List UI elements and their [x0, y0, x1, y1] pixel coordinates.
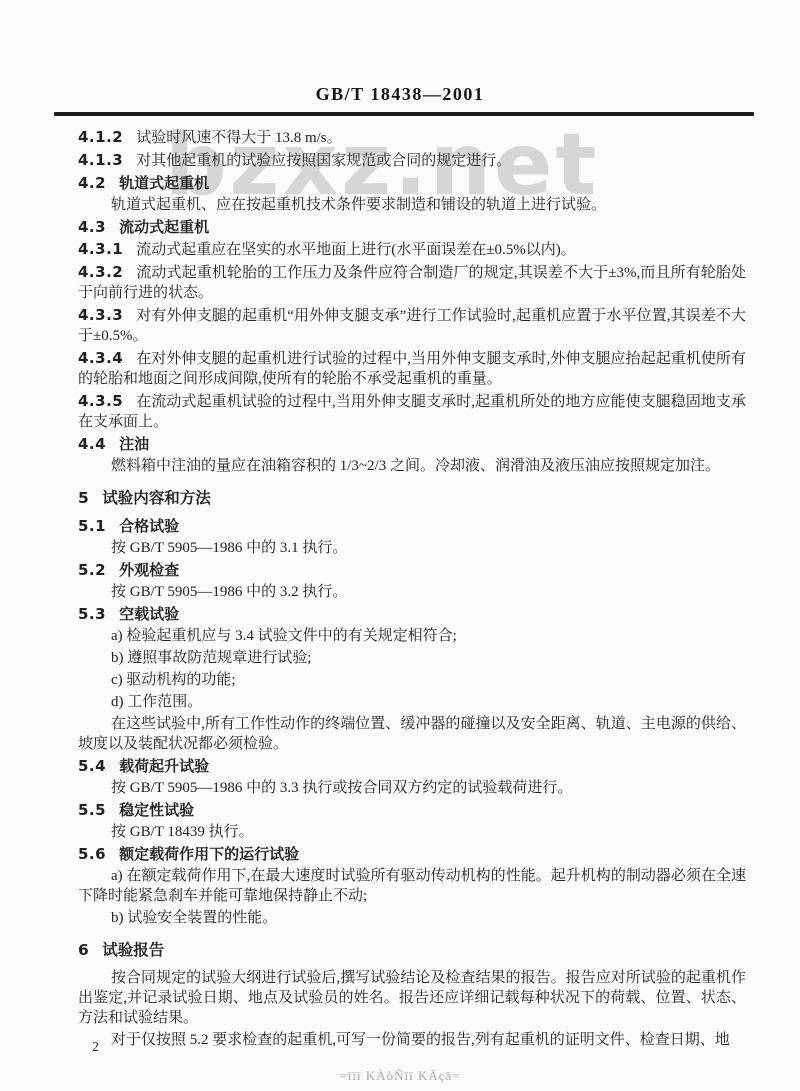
clause-number: 5.6: [78, 845, 106, 863]
clause-number: 4.2: [78, 174, 106, 192]
clause-text: 轨道式起重机、应在按起重机技术条件要求制造和铺设的轨道上进行试验。: [111, 197, 606, 213]
clause-text: 试验时风速不得大于 13.8 m/s。: [136, 130, 341, 146]
clause-number: 5.1: [78, 517, 106, 535]
clause-text: 对其他起重机的试验应按照国家规范或合同的规定进行。: [136, 153, 511, 169]
clause-number: 6: [78, 941, 89, 959]
clause-number: 4.3: [78, 218, 106, 236]
clause-title: 稳定性试验: [119, 801, 194, 819]
text-block: a) 在额定载荷作用下,在最大速度时试验所有驱动传动机构的性能。起升机构的制动器…: [78, 866, 746, 906]
clause-title: 试验内容和方法: [102, 489, 211, 507]
text-block: 4.3.2流动式起重机轮胎的工作压力及条件应符合制造厂的规定,其误差不大于±3%…: [78, 262, 746, 303]
text-block: 按合同规定的试验大纲进行试验后,撰写试验结论及检查结果的报告。报告应对所试验的起…: [78, 968, 746, 1028]
clause-number: 4.3.2: [78, 263, 123, 281]
text-block: b) 试验安全装置的性能。: [78, 908, 746, 928]
text-block: 轨道式起重机、应在按起重机技术条件要求制造和铺设的轨道上进行试验。: [78, 195, 746, 215]
text-block: c) 驱动机构的功能;: [78, 670, 746, 690]
clause-title: 合格试验: [119, 517, 179, 535]
clause-number: 4.3.5: [78, 392, 123, 410]
scanned-document-page: GB/T 18438—2001 bzxz.net 4.1.2试验时风速不得大于 …: [0, 0, 800, 1091]
clause-number: 4.3.3: [78, 306, 123, 324]
text-block: 按 GB/T 5905—1986 中的 3.3 执行或按合同双方约定的试验载荷进…: [78, 778, 746, 798]
clause-title: 试验报告: [102, 941, 164, 959]
clause-title: 流动式起重机: [119, 218, 209, 236]
clause-text: b) 遵照事故防范规章进行试验;: [111, 650, 311, 666]
clause-text: a) 检验起重机应与 3.4 试验文件中的有关规定相符合;: [111, 628, 457, 644]
standard-code-header: GB/T 18438—2001: [0, 84, 800, 105]
clause-text: 流动式起重机轮胎的工作压力及条件应符合制造厂的规定,其误差不大于±3%,而且所有…: [78, 265, 746, 301]
text-block: 在这些试验中,所有工作性动作的终端位置、缓冲器的碰撞以及安全距离、轨道、主电源的…: [78, 714, 746, 754]
clause-number: 5.5: [78, 801, 106, 819]
text-block: 4.3.1流动式起重应在坚实的水平地面上进行(水平面误差在±0.5%以内)。: [78, 239, 746, 260]
text-block: b) 遵照事故防范规章进行试验;: [78, 648, 746, 668]
text-block: 4.3.5在流动式起重机试验的过程中,当用外伸支腿支承时,起重机所处的地方应能使…: [78, 391, 746, 432]
section-heading: 4.4注油: [78, 434, 746, 454]
clause-number: 5.4: [78, 757, 106, 775]
clause-text: 按 GB/T 5905—1986 中的 3.3 执行或按合同双方约定的试验载荷进…: [111, 780, 572, 796]
text-block: 按 GB/T 5905—1986 中的 3.1 执行。: [78, 538, 746, 558]
page-number: 2: [92, 1040, 99, 1056]
clause-number: 5.3: [78, 605, 106, 623]
section-heading: 6试验报告: [78, 940, 746, 960]
text-block: 4.1.3对其他起重机的试验应按照国家规范或合同的规定进行。: [78, 150, 746, 171]
text-block: 4.3.3对有外伸支腿的起重机“用外伸支腿支承”进行工作试验时,起重机应置于水平…: [78, 305, 746, 346]
clause-text: 按 GB/T 5905—1986 中的 3.1 执行。: [111, 540, 347, 556]
clause-text: 按 GB/T 5905—1986 中的 3.2 执行。: [111, 584, 347, 600]
clause-title: 额定载荷作用下的运行试验: [119, 845, 299, 863]
clause-number: 4.3.1: [78, 240, 123, 258]
document-body: 4.1.2试验时风速不得大于 13.8 m/s。4.1.3对其他起重机的试验应按…: [78, 127, 746, 1052]
clause-title: 外观检查: [119, 561, 179, 579]
clause-text: 按 GB/T 18439 执行。: [111, 824, 254, 840]
clause-text: 对于仅按照 5.2 要求检查的起重机,可写一份简要的报告,列有起重机的证明文件、…: [111, 1032, 730, 1048]
clause-number: 4.1.3: [78, 151, 123, 169]
clause-text: 在这些试验中,所有工作性动作的终端位置、缓冲器的碰撞以及安全距离、轨道、主电源的…: [78, 716, 746, 752]
clause-text: 按合同规定的试验大纲进行试验后,撰写试验结论及检查结果的报告。报告应对所试验的起…: [78, 970, 746, 1026]
section-heading: 5.5稳定性试验: [78, 800, 746, 820]
clause-title: 轨道式起重机: [119, 174, 209, 192]
section-heading: 4.2轨道式起重机: [78, 173, 746, 193]
clause-number: 4.3.4: [78, 349, 123, 367]
text-block: 4.3.4在对外伸支腿的起重机进行试验的过程中,当用外伸支腿支承时,外伸支腿应抬…: [78, 348, 746, 389]
section-heading: 5.2外观检查: [78, 560, 746, 580]
section-heading: 5.6额定载荷作用下的运行试验: [78, 844, 746, 864]
clause-text: a) 在额定载荷作用下,在最大速度时试验所有驱动传动机构的性能。起升机构的制动器…: [78, 868, 746, 904]
section-heading: 5.4载荷起升试验: [78, 756, 746, 776]
clause-text: 流动式起重应在坚实的水平地面上进行(水平面误差在±0.5%以内)。: [136, 242, 575, 258]
clause-number: 5.2: [78, 561, 106, 579]
section-heading: 4.3流动式起重机: [78, 217, 746, 237]
section-heading: 5.3空载试验: [78, 604, 746, 624]
clause-text: d) 工作范围。: [111, 694, 202, 710]
clause-title: 空载试验: [119, 605, 179, 623]
clause-text: b) 试验安全装置的性能。: [111, 910, 277, 926]
section-heading: 5试验内容和方法: [78, 488, 746, 508]
section-heading: 5.1合格试验: [78, 516, 746, 536]
clause-title: 注油: [119, 435, 149, 453]
clause-text: 在流动式起重机试验的过程中,当用外伸支腿支承时,起重机所处的地方应能使支腿稳固地…: [78, 394, 746, 430]
text-block: 对于仅按照 5.2 要求检查的起重机,可写一份简要的报告,列有起重机的证明文件、…: [78, 1030, 746, 1050]
clause-text: 对有外伸支腿的起重机“用外伸支腿支承”进行工作试验时,起重机应置于水平位置,其误…: [78, 308, 746, 344]
clause-text: c) 驱动机构的功能;: [111, 672, 236, 688]
footer-watermark: =īīī KÀòÑīī KĀçā=: [0, 1068, 800, 1084]
text-block: d) 工作范围。: [78, 692, 746, 712]
text-block: 按 GB/T 5905—1986 中的 3.2 执行。: [78, 582, 746, 602]
text-block: 4.1.2试验时风速不得大于 13.8 m/s。: [78, 127, 746, 148]
clause-number: 4.4: [78, 435, 106, 453]
clause-text: 燃料箱中注油的量应在油箱容积的 1/3~2/3 之间。冷却液、润滑油及液压油应按…: [111, 458, 720, 474]
clause-text: 在对外伸支腿的起重机进行试验的过程中,当用外伸支腿支承时,外伸支腿应抬起起重机使…: [78, 351, 746, 387]
clause-number: 5: [78, 489, 89, 507]
text-block: 燃料箱中注油的量应在油箱容积的 1/3~2/3 之间。冷却液、润滑油及液压油应按…: [78, 456, 746, 476]
text-block: 按 GB/T 18439 执行。: [78, 822, 746, 842]
clause-number: 4.1.2: [78, 128, 123, 146]
text-block: a) 检验起重机应与 3.4 试验文件中的有关规定相符合;: [78, 626, 746, 646]
clause-title: 载荷起升试验: [119, 757, 209, 775]
